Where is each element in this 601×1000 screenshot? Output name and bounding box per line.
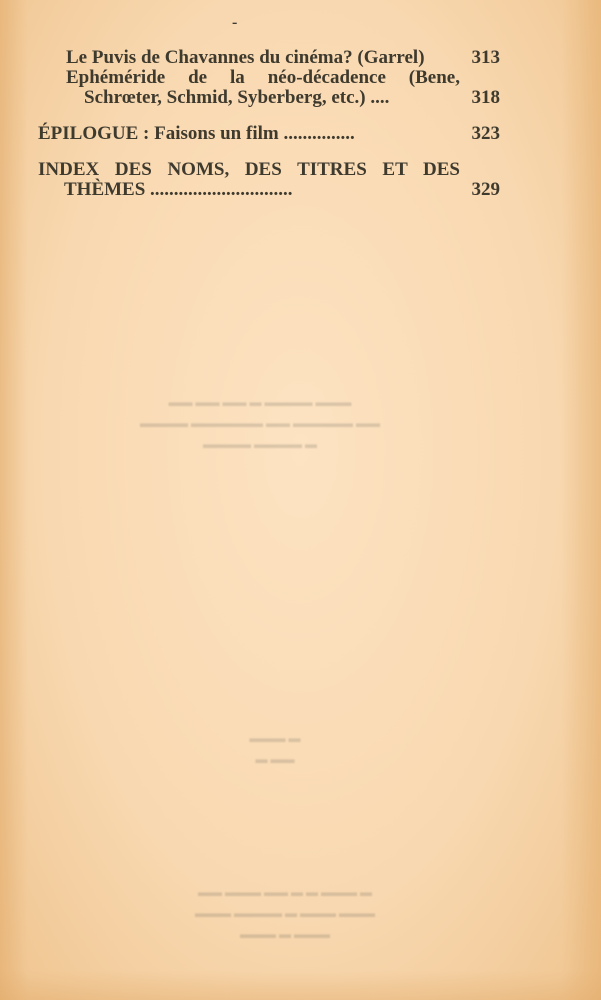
toc-entry: Ephéméride de la néo-décadence (Bene, [38, 68, 500, 88]
toc-entry-title: Schrœter, Schmid, Syberberg, etc.) .... [84, 88, 460, 108]
toc-entry-title: ÉPILOGUE : Faisons un film .............… [38, 124, 460, 144]
show-through-text-printer-note: ▬▬▬ ▬▬▬▬ ▬ ▬▬ ▬▬ ▬▬ ▬▬ ▬▬▬▬▬ ▬▬ ▬▬▬▬▬▬ ▬… [130, 392, 390, 455]
toc-entry-continuation: Schrœter, Schmid, Syberberg, etc.) .... … [38, 88, 500, 108]
show-through-text-mark: ▬ ▬▬▬ ▬▬ ▬ [230, 728, 320, 770]
top-mark: - [232, 14, 237, 32]
page-edge-shadow-left [0, 0, 28, 1000]
toc-entry-title: THÈMES .............................. [64, 180, 460, 200]
show-through-text-legal: ▬ ▬▬▬ ▬ ▬ ▬▬ ▬▬▬ ▬▬ ▬▬▬ ▬▬▬ ▬ ▬▬▬▬ ▬▬▬ ▬… [150, 882, 420, 945]
toc-entry-page: 323 [460, 124, 500, 144]
toc-entry: Le Puvis de Chavannes du cinéma? (Garrel… [38, 48, 500, 68]
toc-entry: INDEX DES NOMS, DES TITRES ET DES [38, 160, 500, 180]
toc-entry-continuation: THÈMES .............................. 32… [38, 180, 500, 200]
page-edge-shadow-right [561, 0, 601, 1000]
toc-entry-title: INDEX DES NOMS, DES TITRES ET DES [38, 160, 500, 180]
toc-entry-title: Le Puvis de Chavannes du cinéma? (Garrel… [66, 48, 460, 68]
toc-entry-page: 313 [460, 48, 500, 68]
page-edge-shadow-bottom [0, 970, 601, 1000]
toc-entry-page: 318 [460, 88, 500, 108]
toc-entry-page: 329 [460, 180, 500, 200]
toc-entry-title: Ephéméride de la néo-décadence (Bene, [66, 68, 500, 88]
table-of-contents: Le Puvis de Chavannes du cinéma? (Garrel… [38, 48, 500, 200]
toc-entry: ÉPILOGUE : Faisons un film .............… [38, 124, 500, 144]
